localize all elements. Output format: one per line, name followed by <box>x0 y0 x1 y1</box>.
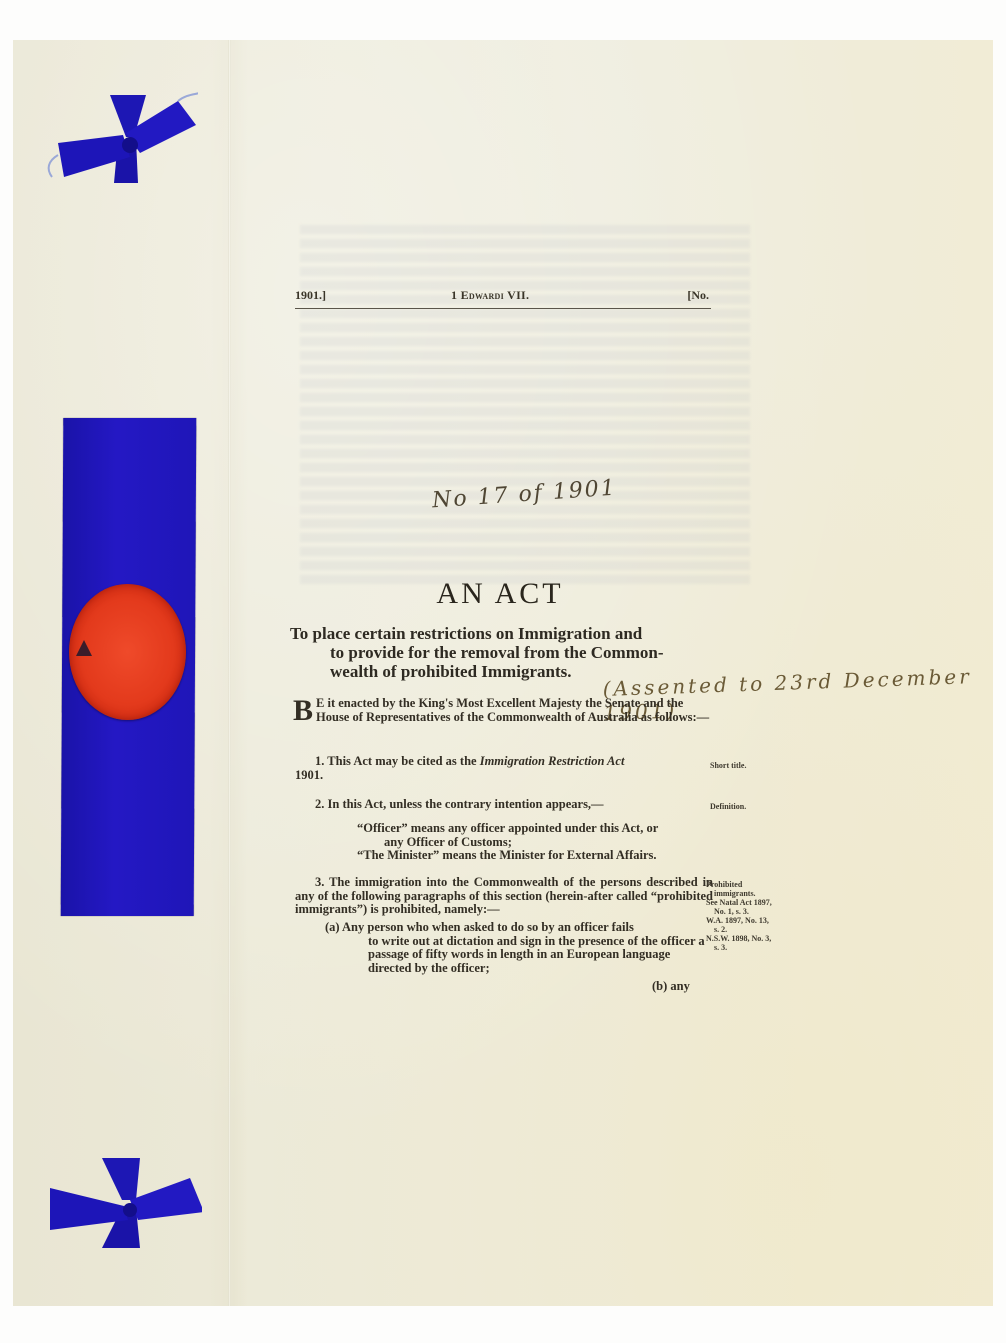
definition-text-cont: any Officer of Customs; <box>357 836 707 850</box>
long-title: To place certain restrictions on Immigra… <box>290 624 720 681</box>
margin-note-definition: Definition. <box>710 802 746 811</box>
paragraph-text-cont: to write out at dictation and sign in th… <box>325 935 710 976</box>
long-title-line: To place certain restrictions on Immigra… <box>290 624 720 643</box>
catchword: (b) any <box>652 980 690 994</box>
section-2: 2. In this Act, unless the contrary inte… <box>315 798 715 812</box>
running-head-regnal-year: 1 Edwardi VII. <box>451 288 529 303</box>
section-text-cont: 1901. <box>295 768 323 782</box>
definition-officer: “Officer” means any officer appointed un… <box>357 822 707 849</box>
margin-note: W.A. 1897, No. 13, <box>706 916 769 925</box>
paragraph-text: Any person who when asked to do so by an… <box>342 920 634 934</box>
definition-minister: “The Minister” means the Minister for Ex… <box>357 849 707 863</box>
section-text: This Act may be cited as the <box>327 754 476 768</box>
seal-chip <box>76 640 92 656</box>
section-number: 3. <box>295 875 324 889</box>
enacting-clause: B E it enacted by the King's Most Excell… <box>293 697 711 724</box>
margin-note: Prohibited <box>706 880 742 889</box>
section-3: 3. The immigration into the Commonwealth… <box>295 876 713 917</box>
margin-note: immigrants. <box>706 889 801 898</box>
ribbon-bow-top-icon <box>38 85 198 195</box>
margin-note: s. 3. <box>706 943 801 952</box>
section-number: 2. <box>315 797 324 811</box>
act-title: AN ACT <box>300 577 700 611</box>
reverse-side-bleed-through <box>300 225 750 585</box>
section-text: In this Act, unless the contrary intenti… <box>328 797 604 811</box>
section-number: 1. <box>295 754 324 768</box>
long-title-line: to provide for the removal from the Comm… <box>290 643 720 662</box>
margin-note-short-title: Short title. <box>710 761 746 770</box>
margin-note: See Natal Act 1897, <box>706 898 772 907</box>
enacting-clause-text: E it enacted by the King's Most Excellen… <box>316 696 709 724</box>
short-title: Immigration Restriction Act <box>480 754 625 768</box>
definition-text: “Officer” means any officer appointed un… <box>357 821 658 835</box>
ribbon-bow-bottom-icon <box>42 1150 202 1260</box>
running-head: 1901.] 1 Edwardi VII. [No. <box>295 286 711 309</box>
section-1: 1. This Act may be cited as the Immigrat… <box>295 755 713 782</box>
margin-note: No. 1, s. 3. <box>706 907 801 916</box>
section-text: The immigration into the Commonwealth of… <box>295 875 713 916</box>
paragraph-a: (a) Any person who when asked to do so b… <box>325 921 710 975</box>
running-head-number: [No. <box>687 288 709 303</box>
margin-note: s. 2. <box>706 925 801 934</box>
paper-fold <box>228 40 231 1306</box>
running-head-year: 1901.] <box>295 288 326 303</box>
paragraph-label: (a) <box>325 920 340 934</box>
drop-cap: B <box>293 698 313 724</box>
margin-note: N.S.W. 1898, No. 3, <box>706 934 771 943</box>
margin-notes-prohibited: Prohibited immigrants. See Natal Act 189… <box>706 880 801 952</box>
